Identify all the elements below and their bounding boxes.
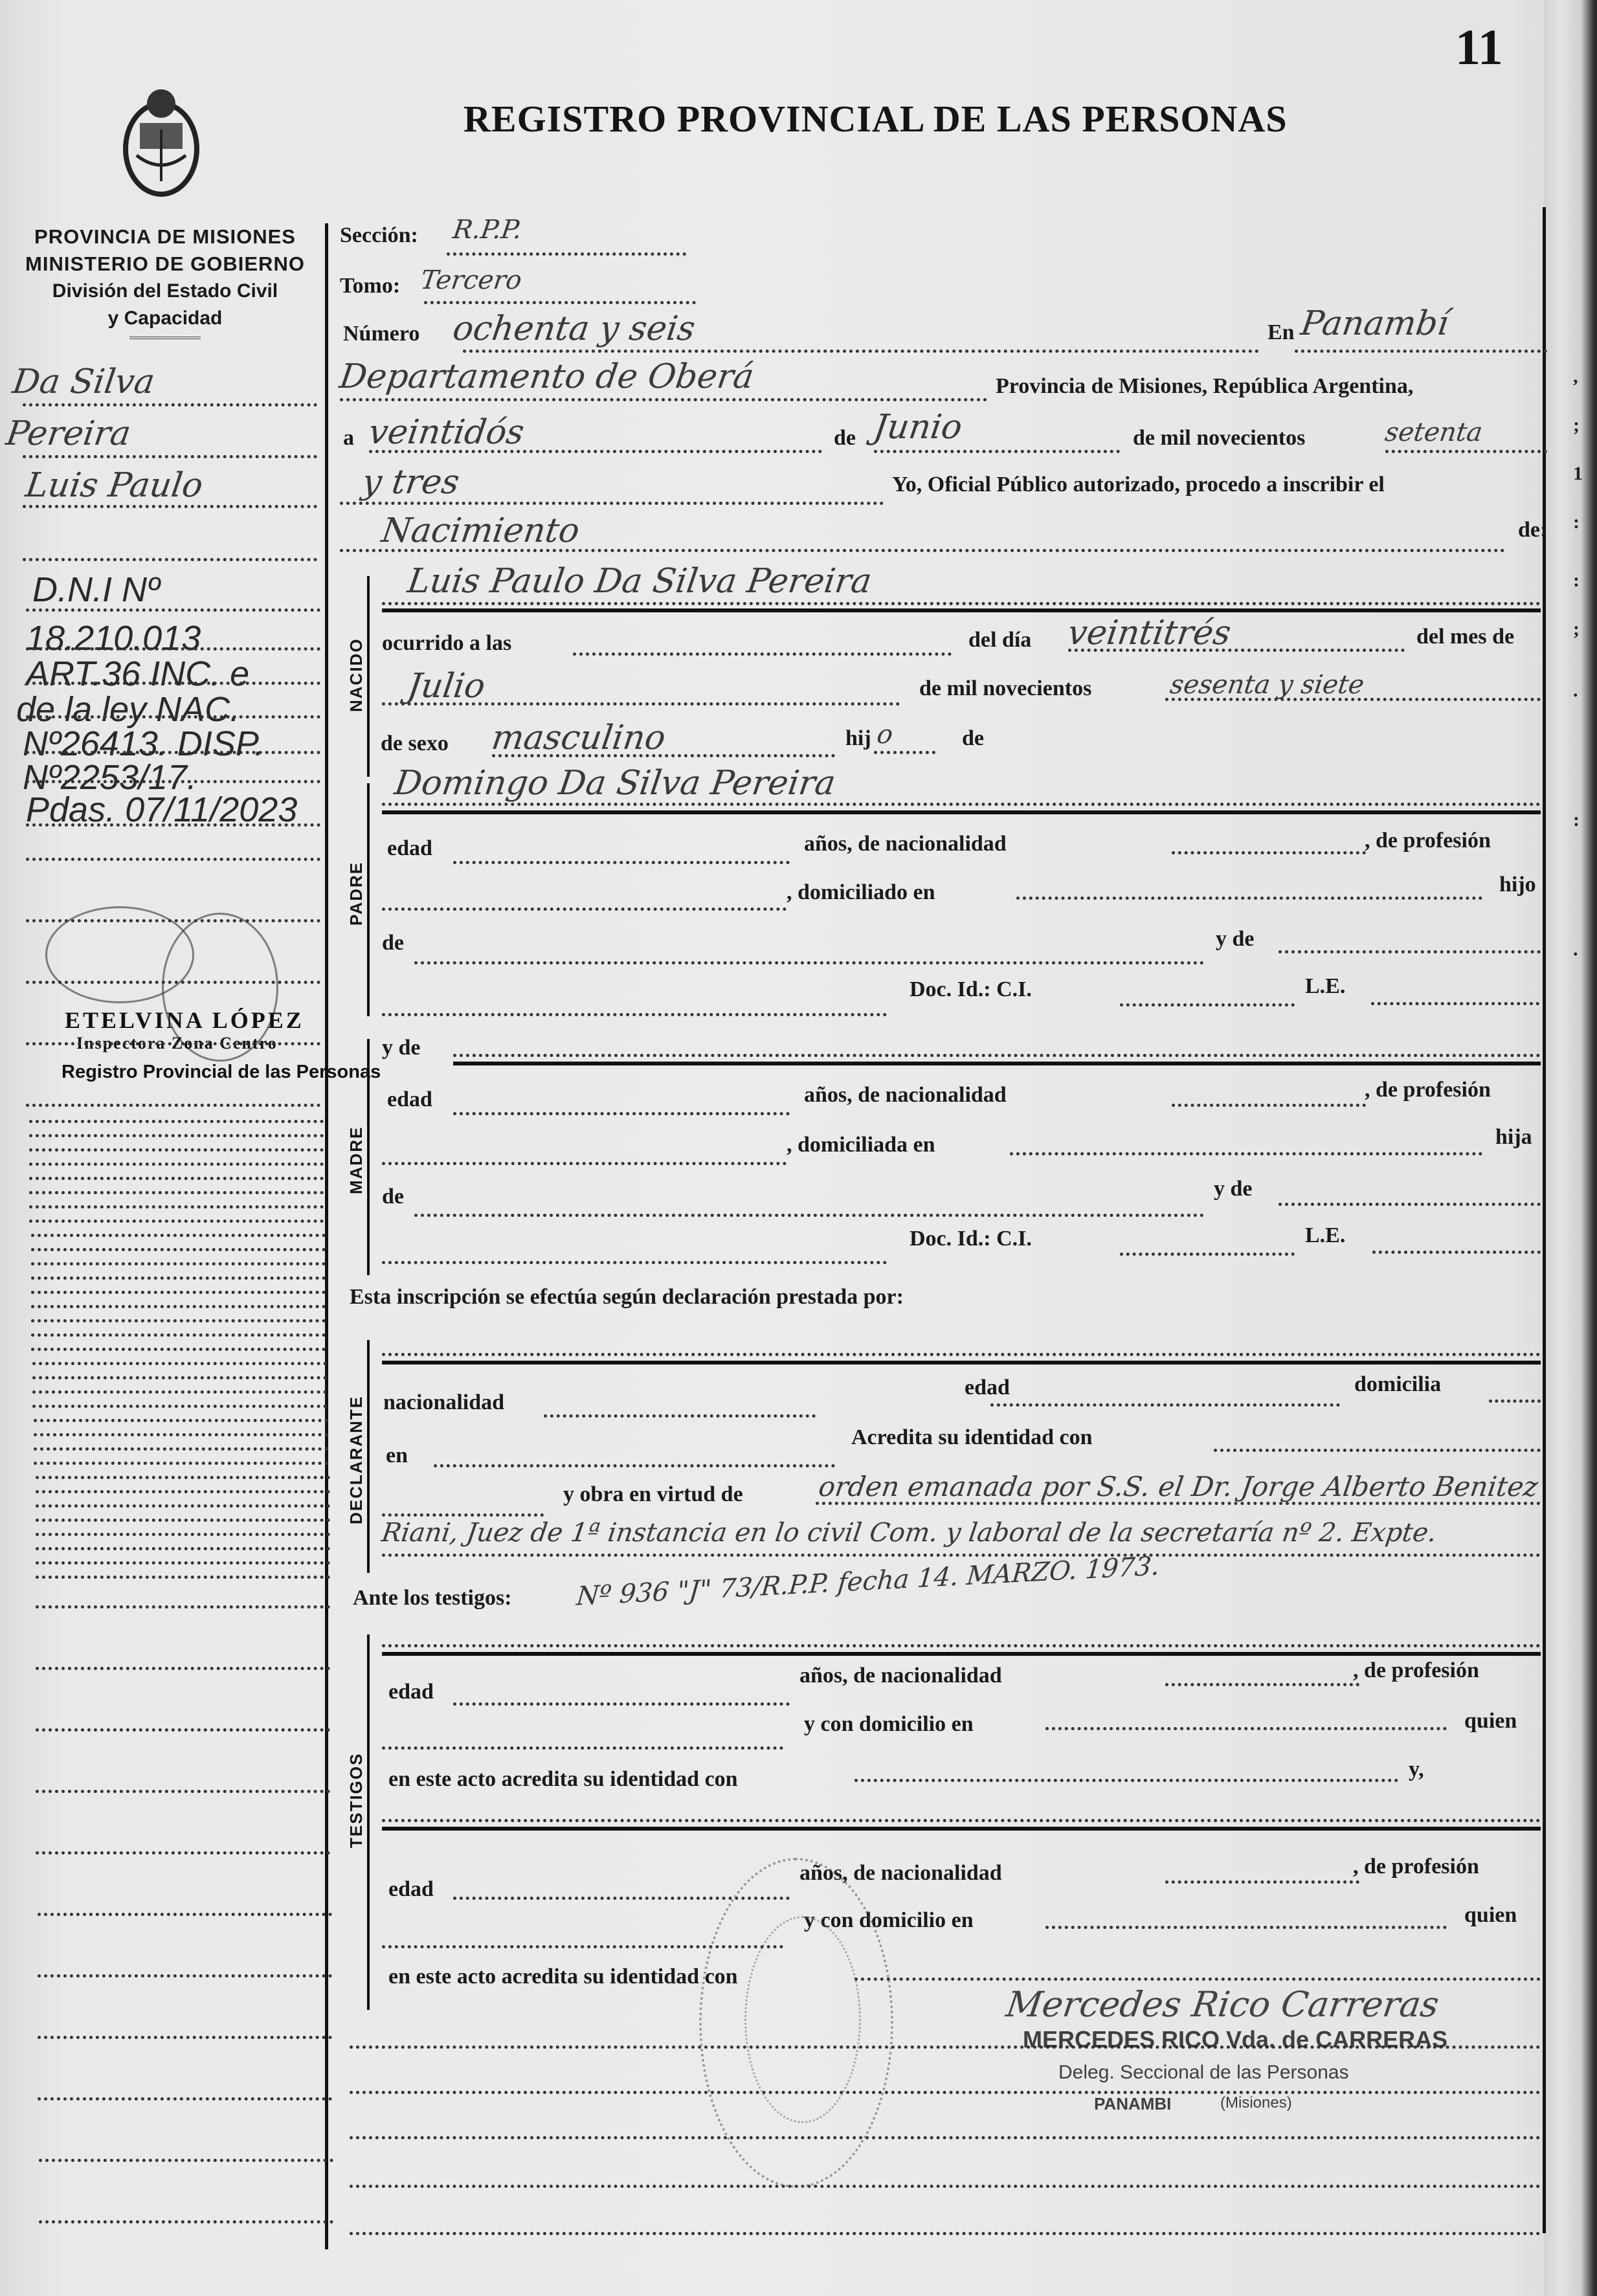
seccion-label: Sección: (340, 223, 418, 248)
newborn-full-name: Luis Paulo Da Silva Pereira (405, 562, 874, 601)
numero-value: ochenta y seis (451, 309, 698, 348)
edge-mark: ; (1573, 414, 1580, 436)
mother-y-de2-label: y de (1214, 1177, 1253, 1201)
edge-mark: 1 (1573, 463, 1583, 485)
margin-line (26, 1104, 320, 1107)
birth-day: veintitrés (1066, 614, 1233, 652)
field-line (1165, 1683, 1359, 1686)
agency-province: PROVINCIA DE MISIONES (13, 223, 317, 251)
margin-line (31, 1276, 326, 1280)
field-line (1010, 1152, 1482, 1155)
official-seal-inner (744, 1916, 861, 2123)
witness-1-name-field[interactable] (382, 1644, 1541, 1647)
registration-year-cont: y tres (360, 463, 462, 502)
witness-2-quien-label: quien (1464, 1903, 1517, 1928)
margin-given-names: Luis Paulo (23, 466, 205, 505)
en-value: Panambí (1299, 304, 1451, 343)
margin-annotation: D.N.I Nº (32, 570, 160, 610)
margin-line (26, 751, 320, 754)
margin-line (29, 1163, 324, 1166)
signature-line (350, 2185, 1541, 2188)
margin-line (36, 1476, 330, 1479)
registration-day: veintidós (366, 413, 527, 452)
margin-line (23, 505, 317, 508)
declarant-obra-label: y obra en virtud de (563, 1482, 743, 1507)
act-type: Nacimiento (379, 511, 582, 550)
mother-domiciliada-label: , domiciliada en (787, 1133, 935, 1157)
birth-year-label: de mil novecientos (919, 676, 1091, 701)
margin-line (29, 1220, 324, 1223)
de-colon: de: (1518, 518, 1547, 542)
margin-line (26, 715, 320, 719)
witness-1-y-label: y, (1409, 1757, 1424, 1782)
margin-line (32, 1405, 327, 1408)
margin-line (26, 608, 320, 612)
margin-line (32, 1376, 327, 1379)
numero-label: Número (343, 322, 419, 346)
father-hijo-label: hijo (1499, 873, 1536, 897)
document-title: REGISTRO PROVINCIAL DE LAS PERSONAS (463, 97, 1288, 140)
en-label: En (1268, 320, 1295, 345)
field-line (382, 1513, 544, 1517)
witness-2-edad-label: edad (388, 1877, 434, 1902)
field-line (1279, 950, 1541, 953)
margin-line (26, 780, 320, 783)
inspector-stamp-name: ETELVINA LÓPEZ (65, 1007, 304, 1034)
mother-edad-label: edad (387, 1087, 432, 1112)
edge-mark: . (1573, 939, 1578, 961)
edge-mark: : (1573, 511, 1580, 533)
ante-testigos-label: Ante los testigos: (353, 1586, 512, 1611)
field-line (382, 803, 1541, 806)
witness-1-acredita-label: en este acto acredita su identidad con (388, 1767, 738, 1792)
field-line (544, 1414, 816, 1418)
del-mes-label: del mes de (1416, 625, 1514, 649)
provincia-text: Provincia de Misiones, República Argenti… (996, 374, 1413, 399)
margin-line (39, 2159, 333, 2162)
field-line (382, 602, 1541, 605)
margin-line (34, 1433, 328, 1436)
edge-mark: . (1573, 680, 1578, 702)
witness-1-anos-label: años, de nacionalidad (799, 1664, 1002, 1688)
margin-line (31, 1348, 326, 1351)
declarant-acredita-label: Acredita su identidad con (851, 1425, 1092, 1450)
departamento-value: Departamento de Oberá (337, 357, 756, 396)
father-doc-label: Doc. Id.: C.I. (910, 977, 1032, 1002)
margin-line (36, 1576, 330, 1579)
margin-line (36, 1605, 330, 1609)
tomo-label: Tomo: (340, 274, 400, 298)
field-line (382, 1746, 783, 1750)
section-bracket (367, 1340, 370, 1573)
edge-mark: ; (1573, 618, 1580, 640)
section-divider (382, 608, 1541, 612)
margin-line (34, 1462, 328, 1465)
witness-1-edad-label: edad (388, 1680, 434, 1704)
field-line (874, 751, 935, 754)
ci-field-line (1120, 1003, 1295, 1007)
section-bracket (367, 1634, 370, 2010)
margin-line (36, 1533, 330, 1536)
father-name: Domingo Da Silva Pereira (392, 764, 838, 803)
field-line (424, 301, 696, 304)
margin-line (26, 823, 320, 827)
margin-surname-2: Pereira (4, 414, 133, 453)
field-line (1385, 450, 1547, 453)
field-line (1279, 1203, 1541, 1206)
registration-month: Junio (871, 408, 965, 447)
court-order-line-2: Riani, Juez de 1ª instancia en lo civil … (380, 1518, 1438, 1548)
field-line (854, 1779, 1398, 1782)
adjacent-page-edge (1544, 0, 1597, 2296)
inspector-stamp-office: Registro Provincial de las Personas (61, 1062, 381, 1083)
field-line (414, 961, 1204, 964)
declarant-nacionalidad-label: nacionalidad (383, 1390, 504, 1415)
margin-line (39, 2220, 333, 2224)
field-line (434, 1464, 835, 1467)
margin-line (29, 1177, 324, 1180)
testigos-section-label: TESTIGOS (346, 1753, 366, 1848)
margin-line (23, 403, 317, 407)
witness-2-profesion-label: , de profesión (1353, 1855, 1479, 1879)
father-y-de-label: y de (1216, 927, 1255, 952)
margin-line (29, 1191, 324, 1194)
registration-year: setenta (1383, 418, 1484, 447)
witness-1-quien-label: quien (1464, 1709, 1517, 1733)
margin-line (29, 1205, 324, 1209)
margin-line (29, 1148, 324, 1152)
section-bracket (367, 1039, 370, 1275)
declarante-section-label: DECLARANTE (346, 1396, 366, 1524)
divider (129, 337, 201, 339)
margin-line (26, 1042, 320, 1045)
mother-anos-label: años, de nacionalidad (804, 1083, 1007, 1108)
field-line (1068, 649, 1405, 652)
field-line (1489, 1399, 1541, 1403)
official-signature: Mercedes Rico Carreras (1004, 1984, 1442, 2025)
field-line (382, 1013, 887, 1016)
field-line (447, 252, 686, 256)
field-line (453, 1112, 790, 1115)
signature-line (350, 2136, 1541, 2139)
field-line (453, 861, 790, 864)
section-divider (382, 1652, 1541, 1656)
margin-line (26, 981, 320, 984)
oficial-text: Yo, Oficial Público autorizado, procedo … (892, 473, 1385, 497)
margin-line (26, 858, 320, 861)
field-line (382, 1554, 1541, 1557)
margin-line (32, 1390, 327, 1394)
margin-line (31, 1248, 326, 1251)
margin-line (31, 1333, 326, 1337)
margin-line (36, 1728, 330, 1732)
margin-line (31, 1319, 326, 1322)
witness-1-profesion-label: , de profesión (1353, 1658, 1479, 1683)
declarant-en-label: en (386, 1443, 408, 1468)
edge-mark: : (1573, 570, 1580, 592)
witness-1-domicilio-label: y con domicilio en (804, 1712, 974, 1737)
field-line (340, 549, 1505, 552)
margin-line (23, 558, 317, 561)
le-field-line (1371, 1002, 1539, 1005)
father-le-label: L.E. (1305, 974, 1345, 999)
declarant-name-field[interactable] (382, 1353, 1541, 1356)
margin-line (29, 1120, 324, 1123)
issuing-agency: PROVINCIA DE MISIONES MINISTERIO DE GOBI… (13, 223, 317, 332)
signature-line (350, 2232, 1541, 2235)
field-line (382, 702, 900, 706)
del-dia-label: del día (968, 628, 1031, 652)
margin-line (36, 1547, 330, 1550)
field-line (382, 1162, 787, 1165)
field-line (1172, 851, 1366, 854)
field-line (340, 502, 884, 505)
margin-annotation: ART.36 INC. e (26, 654, 249, 694)
padre-section-label: PADRE (346, 862, 366, 926)
section-divider (382, 1827, 1541, 1831)
mother-de-label: de (382, 1185, 404, 1209)
margin-line (26, 919, 320, 922)
section-divider (382, 810, 1541, 814)
agency-capacity: y Capacidad (13, 305, 317, 332)
field-line (382, 908, 787, 911)
witness-2-acredita-label: en este acto acredita su identidad con (388, 1965, 738, 1989)
field-line (874, 450, 1120, 453)
official-stamp-place: PANAMBI (1094, 2094, 1171, 2114)
field-line (382, 1261, 887, 1264)
margin-line (36, 1851, 330, 1855)
section-divider (382, 1361, 1541, 1365)
field-line (492, 754, 835, 757)
tomo-value: Tercero (419, 265, 524, 295)
le-field-line (1372, 1251, 1541, 1254)
father-anos-label: años, de nacionalidad (804, 832, 1007, 856)
madre-section-label: MADRE (346, 1126, 366, 1194)
field-line (453, 1702, 790, 1706)
mother-y-de-label: y de (382, 1036, 421, 1060)
hijo-label: hij (845, 726, 871, 751)
margin-line (36, 1561, 330, 1565)
ocurrido-label: ocurrido a las (382, 631, 511, 656)
signature-line (350, 2091, 1541, 2094)
field-line (463, 350, 1259, 353)
margin-line (31, 1291, 326, 1294)
margin-line (23, 455, 317, 458)
court-order-line-1: orden emanada por S.S. el Dr. Jorge Albe… (817, 1471, 1541, 1502)
time-field-line (573, 652, 952, 656)
margin-line (31, 1234, 326, 1237)
mother-le-label: L.E. (1305, 1223, 1345, 1248)
section-bracket (367, 576, 370, 777)
field-line (1045, 1926, 1447, 1929)
field-line (854, 1978, 1541, 1981)
field-line (369, 450, 822, 453)
sexo-value: masculino (489, 719, 668, 757)
mother-doc-label: Doc. Id.: C.I. (910, 1227, 1032, 1251)
margin-line (38, 1974, 332, 1978)
margin-surname-1: Da Silva (10, 362, 157, 401)
margin-line (29, 1134, 324, 1137)
field-line (414, 1214, 1204, 1217)
field-line (1165, 1880, 1359, 1884)
margin-line (38, 1913, 332, 1916)
ci-field-line (1120, 1253, 1295, 1256)
father-edad-label: edad (387, 836, 432, 861)
margin-line (26, 682, 320, 685)
seccion-value: R.P.P. (451, 215, 524, 245)
margin-line (36, 1504, 330, 1508)
right-border (1543, 207, 1546, 2233)
page-number: 11 (1455, 18, 1503, 76)
nacido-section-label: NACIDO (346, 638, 366, 712)
declarant-edad-label: edad (965, 1376, 1010, 1400)
edge-mark: , (1573, 366, 1578, 388)
margin-line (31, 1305, 326, 1308)
witness-2-name-field[interactable] (382, 1819, 1541, 1822)
field-line (1165, 698, 1541, 701)
official-stamp-role: Deleg. Seccional de las Personas (1058, 2062, 1349, 2084)
field-line (1295, 350, 1547, 353)
agency-division: División del Estado Civil (13, 278, 317, 305)
sexo-label: de sexo (381, 731, 449, 756)
field-line (1016, 897, 1482, 900)
margin-line (36, 1667, 330, 1670)
margin-line (36, 1519, 330, 1522)
birth-year: sesenta y siete (1168, 670, 1366, 700)
declaracion-text: Esta inscripción se efectúa según declar… (350, 1285, 904, 1310)
declarant-domicilia-label: domicilia (1354, 1372, 1441, 1397)
edge-mark: : (1573, 809, 1580, 831)
official-stamp-name: MERCEDES RICO Vda. de CARRERAS (1023, 2026, 1447, 2053)
margin-line (38, 2097, 332, 2101)
section-bracket (367, 783, 370, 1016)
field-line (990, 1403, 1340, 1407)
coat-of-arms-icon (114, 84, 208, 201)
a-label: a (343, 426, 354, 451)
margin-line (36, 1790, 330, 1793)
mother-profesion-label: , de profesión (1365, 1078, 1491, 1102)
margin-line (38, 2036, 332, 2039)
field-line (816, 1502, 1541, 1505)
father-de-label: de (382, 931, 404, 955)
margin-line (31, 1262, 326, 1265)
hijo-de-label: de (962, 726, 984, 751)
margin-line (32, 1362, 327, 1365)
father-domiciliado-label: , domiciliado en (787, 880, 935, 905)
margin-dni-number: 18.210.013 (26, 618, 201, 658)
father-profesion-label: , de profesión (1365, 829, 1491, 853)
de-label: de (834, 426, 856, 451)
mother-hija-label: hija (1495, 1125, 1532, 1150)
margin-line (34, 1447, 328, 1451)
official-stamp-province: (Misiones) (1220, 2094, 1292, 2112)
margin-line (26, 647, 320, 651)
field-line (1045, 1727, 1447, 1730)
margin-line (36, 1490, 330, 1493)
field-line (1214, 1449, 1541, 1452)
year-label: de mil novecientos (1133, 426, 1305, 451)
mother-name-field[interactable] (453, 1054, 1541, 1057)
section-divider (453, 1062, 1541, 1065)
field-line (1172, 1104, 1366, 1107)
birth-month: Julio (405, 667, 487, 706)
agency-ministry: MINISTERIO DE GOBIERNO (13, 251, 317, 278)
field-line (340, 398, 987, 401)
margin-line (34, 1419, 328, 1422)
